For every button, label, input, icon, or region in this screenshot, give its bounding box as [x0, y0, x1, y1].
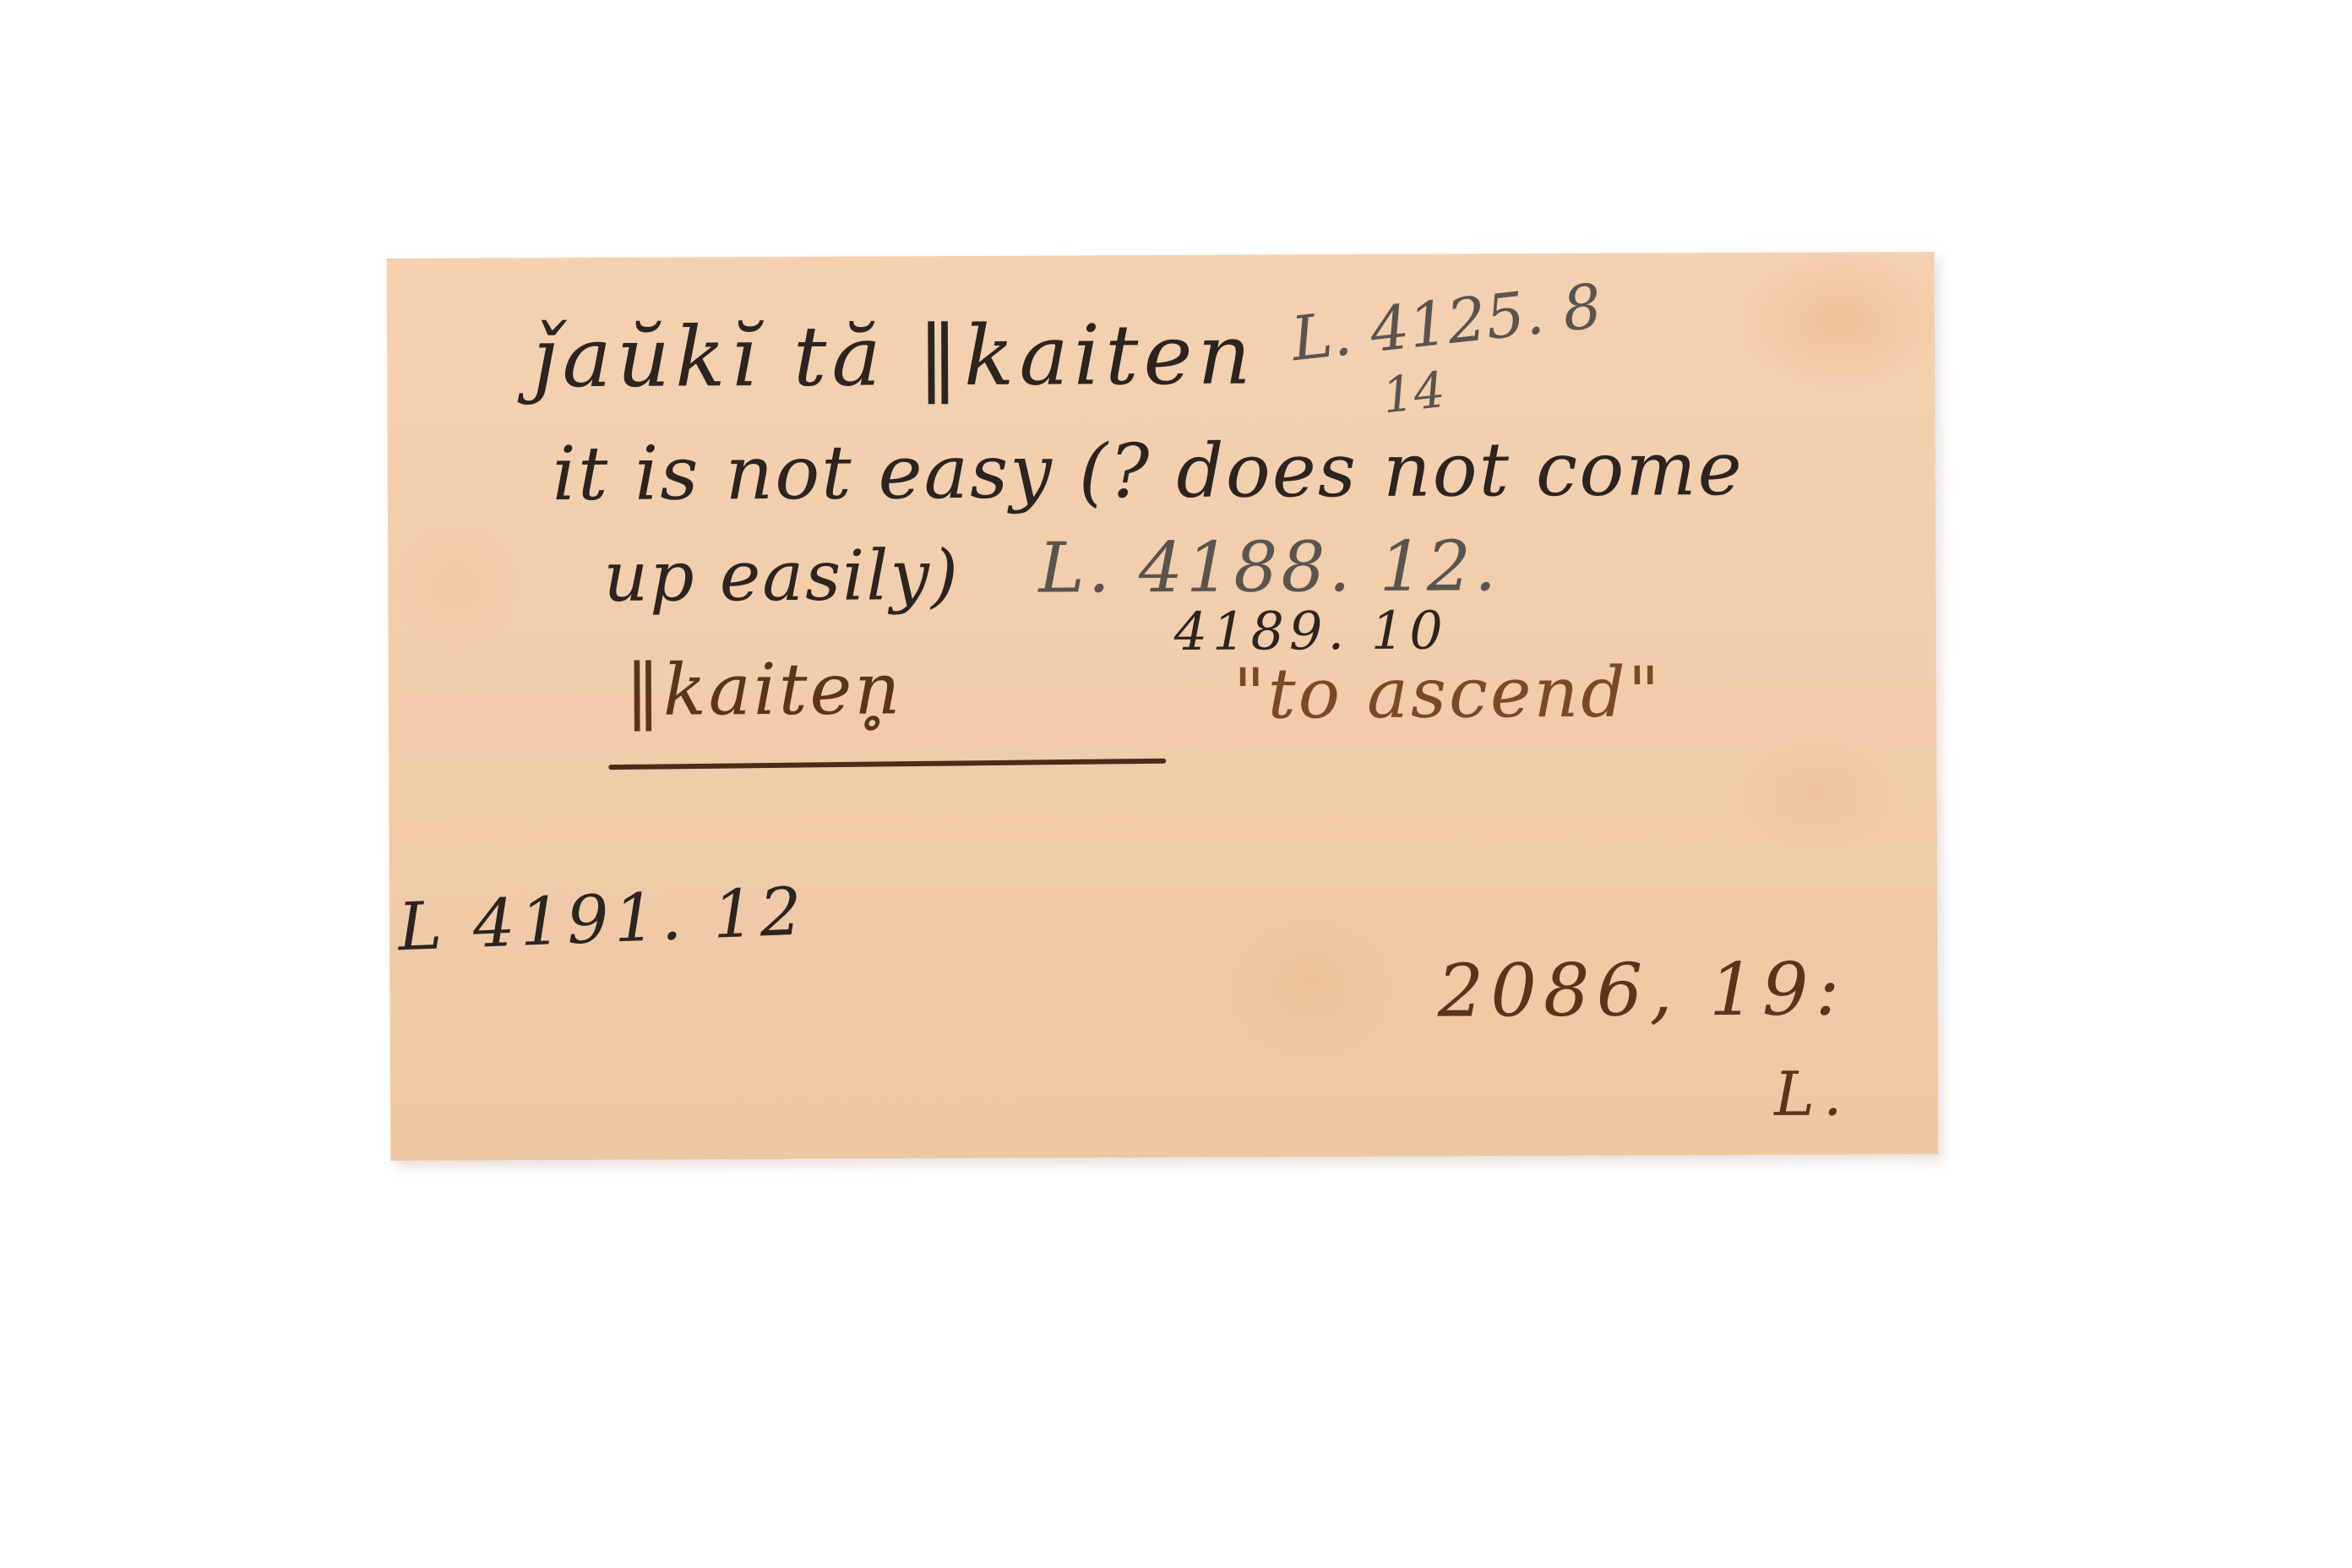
second-entry-reference: 4189. 10 — [1173, 605, 1447, 658]
gloss-line-2: up easily) — [603, 542, 960, 612]
second-entry-gloss: "to ascend" — [1233, 658, 1663, 729]
underline-stroke — [608, 759, 1166, 770]
gloss-line-1: it is not easy (? does not come — [553, 432, 1744, 511]
catalogue-number: 2086, 19: — [1437, 953, 1846, 1027]
second-entry: ‖kaiten̥ — [625, 653, 903, 725]
headword: ǰaŭkĭ tă ‖kaiten — [531, 314, 1256, 400]
headword-reference-sub: 14 — [1380, 365, 1447, 421]
author-initial: L. — [1774, 1063, 1851, 1124]
index-card: ǰaŭkĭ tă ‖kaiten L. 4125. 8 14 it is not… — [387, 252, 1939, 1161]
headword-reference: L. 4125. 8 — [1288, 275, 1604, 370]
gloss-reference: L. 4188. 12. — [1038, 532, 1500, 603]
margin-reference: L 4191. 12 — [397, 879, 808, 961]
